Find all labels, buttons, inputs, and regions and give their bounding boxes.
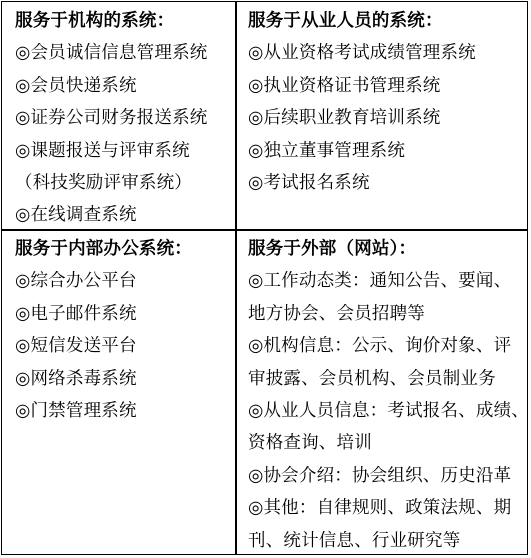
list-item: ◎网络杀毒系统 (15, 363, 235, 395)
list-item: ◎独立董事管理系统 (248, 135, 527, 167)
list-item: 审披露、会员机构、会员制业务 (248, 363, 527, 395)
cell-heading: 服务于机构的系统： (15, 5, 235, 37)
list-item: 刊、统计信息、行业研究等 (248, 525, 527, 557)
list-item: ◎从业资格考试成绩管理系统 (248, 37, 527, 69)
list-item: ◎短信发送平台 (15, 330, 235, 362)
list-item: ◎课题报送与评审系统 (15, 135, 235, 167)
list-item: ◎综合办公平台 (15, 265, 235, 297)
cell-institution-systems: 服务于机构的系统： ◎会员诚信信息管理系统 ◎会员快递系统 ◎证券公司财务报送系… (2, 2, 235, 229)
list-item: ◎机构信息：公示、询价对象、评 (248, 330, 527, 362)
list-item: ◎执业资格证书管理系统 (248, 70, 527, 102)
list-item: ◎后续职业教育培训系统 (248, 102, 527, 134)
list-item: ◎会员快递系统 (15, 70, 235, 102)
list-item: ◎其他：自律规则、政策法规、期 (248, 492, 527, 524)
list-item: ◎工作动态类：通知公告、要闻、 (248, 265, 527, 297)
cell-heading: 服务于从业人员的系统： (248, 5, 527, 37)
list-item: ◎电子邮件系统 (15, 298, 235, 330)
cell-heading: 服务于外部（网站）： (248, 233, 527, 265)
list-item: ◎考试报名系统 (248, 167, 527, 199)
list-item: ◎协会介绍：协会组织、历史沿革 (248, 460, 527, 492)
list-item: 资格查询、培训 (248, 427, 527, 459)
cell-practitioner-systems: 服务于从业人员的系统： ◎从业资格考试成绩管理系统 ◎执业资格证书管理系统 ◎后… (237, 2, 527, 229)
list-item: ◎从业人员信息：考试报名、成绩、 (248, 395, 527, 427)
list-item: ◎证券公司财务报送系统 (15, 102, 235, 134)
list-item: ◎在线调查系统 (15, 199, 235, 231)
cell-internal-office-systems: 服务于内部办公系统： ◎综合办公平台 ◎电子邮件系统 ◎短信发送平台 ◎网络杀毒… (2, 231, 235, 553)
cell-external-website: 服务于外部（网站）： ◎工作动态类：通知公告、要闻、 地方协会、会员招聘等 ◎机… (237, 231, 527, 553)
list-item: ◎会员诚信信息管理系统 (15, 37, 235, 69)
list-item: ◎门禁管理系统 (15, 395, 235, 427)
cell-heading: 服务于内部办公系统： (15, 233, 235, 265)
list-item: （科技奖励评审系统） (15, 167, 235, 199)
list-item: 地方协会、会员招聘等 (248, 298, 527, 330)
systems-table: 服务于机构的系统： ◎会员诚信信息管理系统 ◎会员快递系统 ◎证券公司财务报送系… (1, 1, 528, 555)
